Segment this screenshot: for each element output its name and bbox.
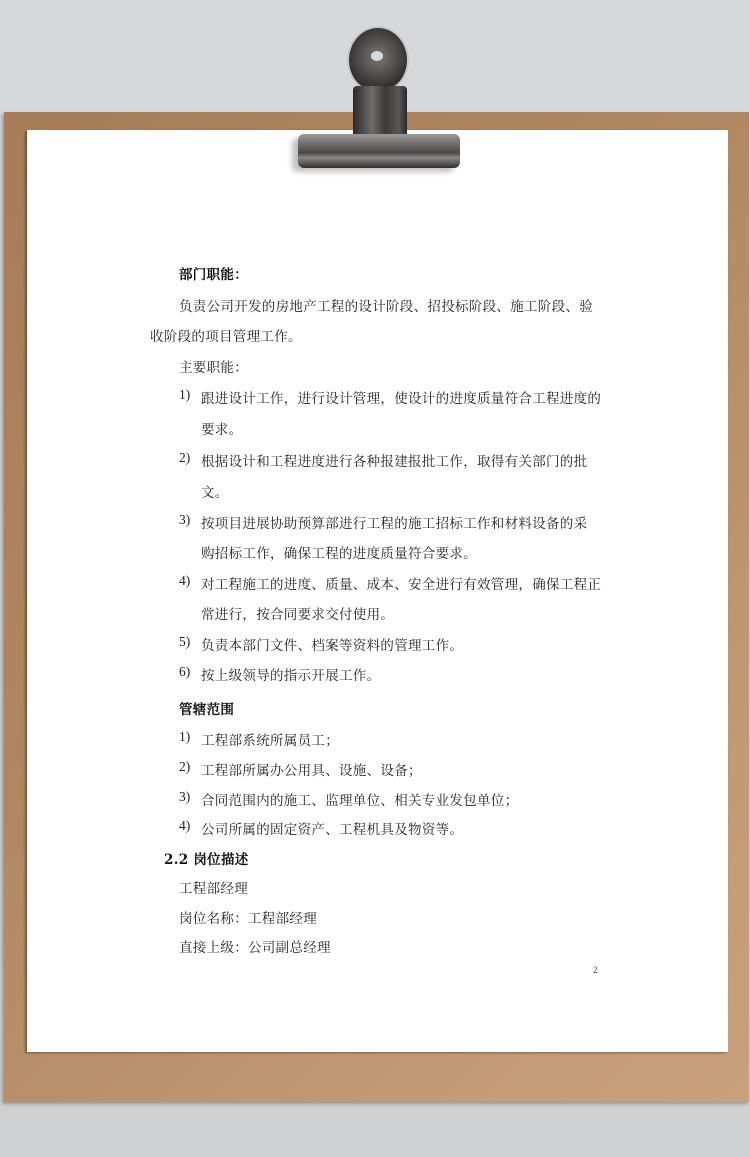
- heading-scope: 管辖范围: [179, 698, 234, 718]
- list-number: 3): [179, 512, 190, 528]
- clip-hole: [371, 51, 383, 61]
- duty-text-line1: 对工程施工的进度、质量、成本、安全进行有效管理，确保工程正: [201, 573, 601, 593]
- list-number: 2): [179, 759, 190, 775]
- list-number: 4): [179, 818, 190, 834]
- direct-superior: 直接上级：公司副总经理: [179, 936, 331, 956]
- list-number: 2): [179, 450, 190, 466]
- binder-clip-icon: [285, 22, 465, 172]
- duty-text-line2: 常进行，按合同要求交付使用。: [201, 603, 394, 623]
- list-number: 1): [179, 387, 190, 403]
- duty-text-line1: 根据设计和工程进度进行各种报建报批工作，取得有关部门的批: [201, 450, 587, 470]
- duty-text-line1: 跟进设计工作，进行设计管理，使设计的进度质量符合工程进度的: [201, 387, 601, 407]
- list-number: 1): [179, 729, 190, 745]
- list-number: 6): [179, 664, 190, 680]
- position-name: 岗位名称：工程部经理: [179, 907, 317, 927]
- page-number: 2: [593, 965, 598, 975]
- clip-bar: [298, 134, 460, 168]
- position-role: 工程部经理: [179, 877, 248, 897]
- intro-line-1: 负责公司开发的房地产工程的设计阶段、招投标阶段、施工阶段、验: [179, 295, 593, 315]
- intro-line-2: 收阶段的项目管理工作。: [150, 325, 302, 345]
- scope-text: 工程部所属办公用具、设施、设备；: [201, 759, 422, 779]
- list-number: 5): [179, 634, 190, 650]
- duty-text-line2: 购招标工作，确保工程的进度质量符合要求。: [201, 542, 477, 562]
- heading-department-duties: 部门职能：: [179, 263, 248, 283]
- duty-text-line2: 要求。: [201, 418, 242, 438]
- heading-position-description: 2.2 岗位描述: [164, 848, 249, 868]
- main-duties-label: 主要职能：: [179, 356, 248, 376]
- duty-text-line1: 负责本部门文件、档案等资料的管理工作。: [201, 634, 463, 654]
- list-number: 3): [179, 789, 190, 805]
- duty-text-line1: 按项目进展协助预算部进行工程的施工招标工作和材料设备的采: [201, 512, 587, 532]
- list-number: 4): [179, 573, 190, 589]
- duty-text-line1: 按上级领导的指示开展工作。: [201, 664, 380, 684]
- scope-text: 合同范围内的施工、监理单位、相关专业发包单位；: [201, 789, 518, 809]
- scope-text: 工程部系统所属员工；: [201, 729, 339, 749]
- scope-text: 公司所属的固定资产、工程机具及物资等。: [201, 818, 463, 838]
- duty-text-line2: 文。: [201, 481, 229, 501]
